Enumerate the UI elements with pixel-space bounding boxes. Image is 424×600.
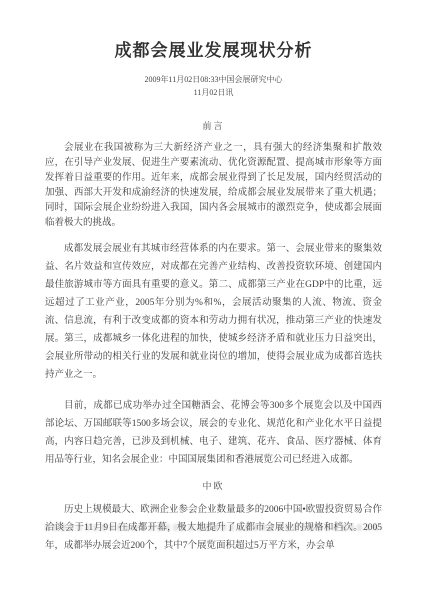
paragraph-city-economy: 成都发展会展业有其城市经营体系的内在要求。第一、会展业带来的聚集效益、名片效益和… [45, 240, 382, 384]
section-heading-china-eu: 中欧 [45, 479, 382, 492]
section-heading-preface: 前言 [45, 119, 382, 132]
meta-line-datetime-source: 2009年11月02日08:33中国会展研究中心 [45, 73, 382, 86]
meta-line-dateline: 11月02日讯 [45, 86, 382, 99]
paragraph-exhibition-achievements: 目前，成都已成功举办过全国糖酒会、花博会等300多个展览会以及中国西部论坛、万国… [45, 397, 382, 469]
document-content: 成都会展业发展现状分析 2009年11月02日08:33中国会展研究中心 11月… [45, 0, 382, 555]
paragraph-intro: 会展业在我国被称为三大新经济产业之一，具有强大的经济集聚和扩散效应，在引导产业发… [45, 141, 382, 231]
faded-cutoff-line [45, 524, 382, 531]
document-page: 成都会展业发展现状分析 2009年11月02日08:33中国会展研究中心 11月… [0, 0, 424, 600]
page-title: 成都会展业发展现状分析 [45, 36, 382, 61]
